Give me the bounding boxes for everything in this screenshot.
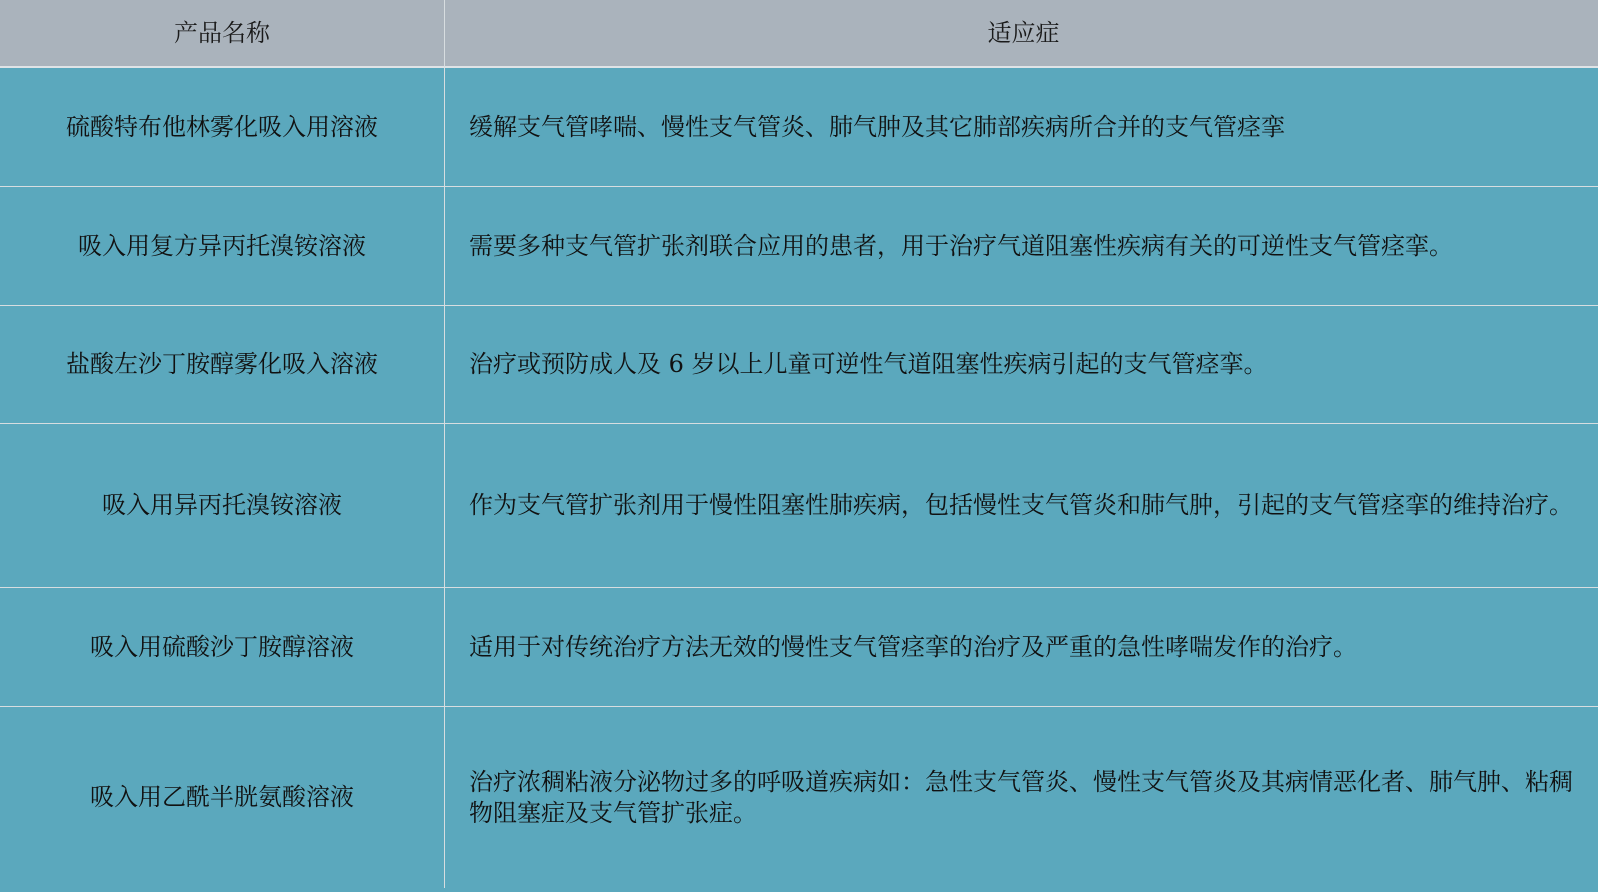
product-indication-table: 产品名称 适应症 硫酸特布他林雾化吸入用溶液 缓解支气管哮喘、慢性支气管炎、肺气… [0, 0, 1598, 892]
table-row-2-product-name: 吸入用复方异丙托溴铵溶液 [0, 187, 445, 306]
table-row-6-product-name: 吸入用乙酰半胱氨酸溶液 [0, 707, 445, 888]
table-row-2-indication: 需要多种支气管扩张剂联合应用的患者，用于治疗气道阻塞性疾病有关的可逆性支气管痉挛… [445, 187, 1598, 306]
table-row-3-indication: 治疗或预防成人及 6 岁以上儿童可逆性气道阻塞性疾病引起的支气管痉挛。 [445, 306, 1598, 424]
table-row-5-indication: 适用于对传统治疗方法无效的慢性支气管痉挛的治疗及严重的急性哮喘发作的治疗。 [445, 588, 1598, 707]
header-product-name: 产品名称 [0, 0, 445, 68]
table-row-4-product-name: 吸入用异丙托溴铵溶液 [0, 424, 445, 588]
table-row-6-indication: 治疗浓稠粘液分泌物过多的呼吸道疾病如：急性支气管炎、慢性支气管炎及其病情恶化者、… [445, 707, 1598, 888]
table-row-3-product-name: 盐酸左沙丁胺醇雾化吸入溶液 [0, 306, 445, 424]
table-row-5-product-name: 吸入用硫酸沙丁胺醇溶液 [0, 588, 445, 707]
table-row-1-product-name: 硫酸特布他林雾化吸入用溶液 [0, 68, 445, 187]
header-indication: 适应症 [445, 0, 1598, 68]
table-row-1-indication: 缓解支气管哮喘、慢性支气管炎、肺气肿及其它肺部疾病所合并的支气管痉挛 [445, 68, 1598, 187]
table-row-4-indication: 作为支气管扩张剂用于慢性阻塞性肺疾病，包括慢性支气管炎和肺气肿，引起的支气管痉挛… [445, 424, 1598, 588]
